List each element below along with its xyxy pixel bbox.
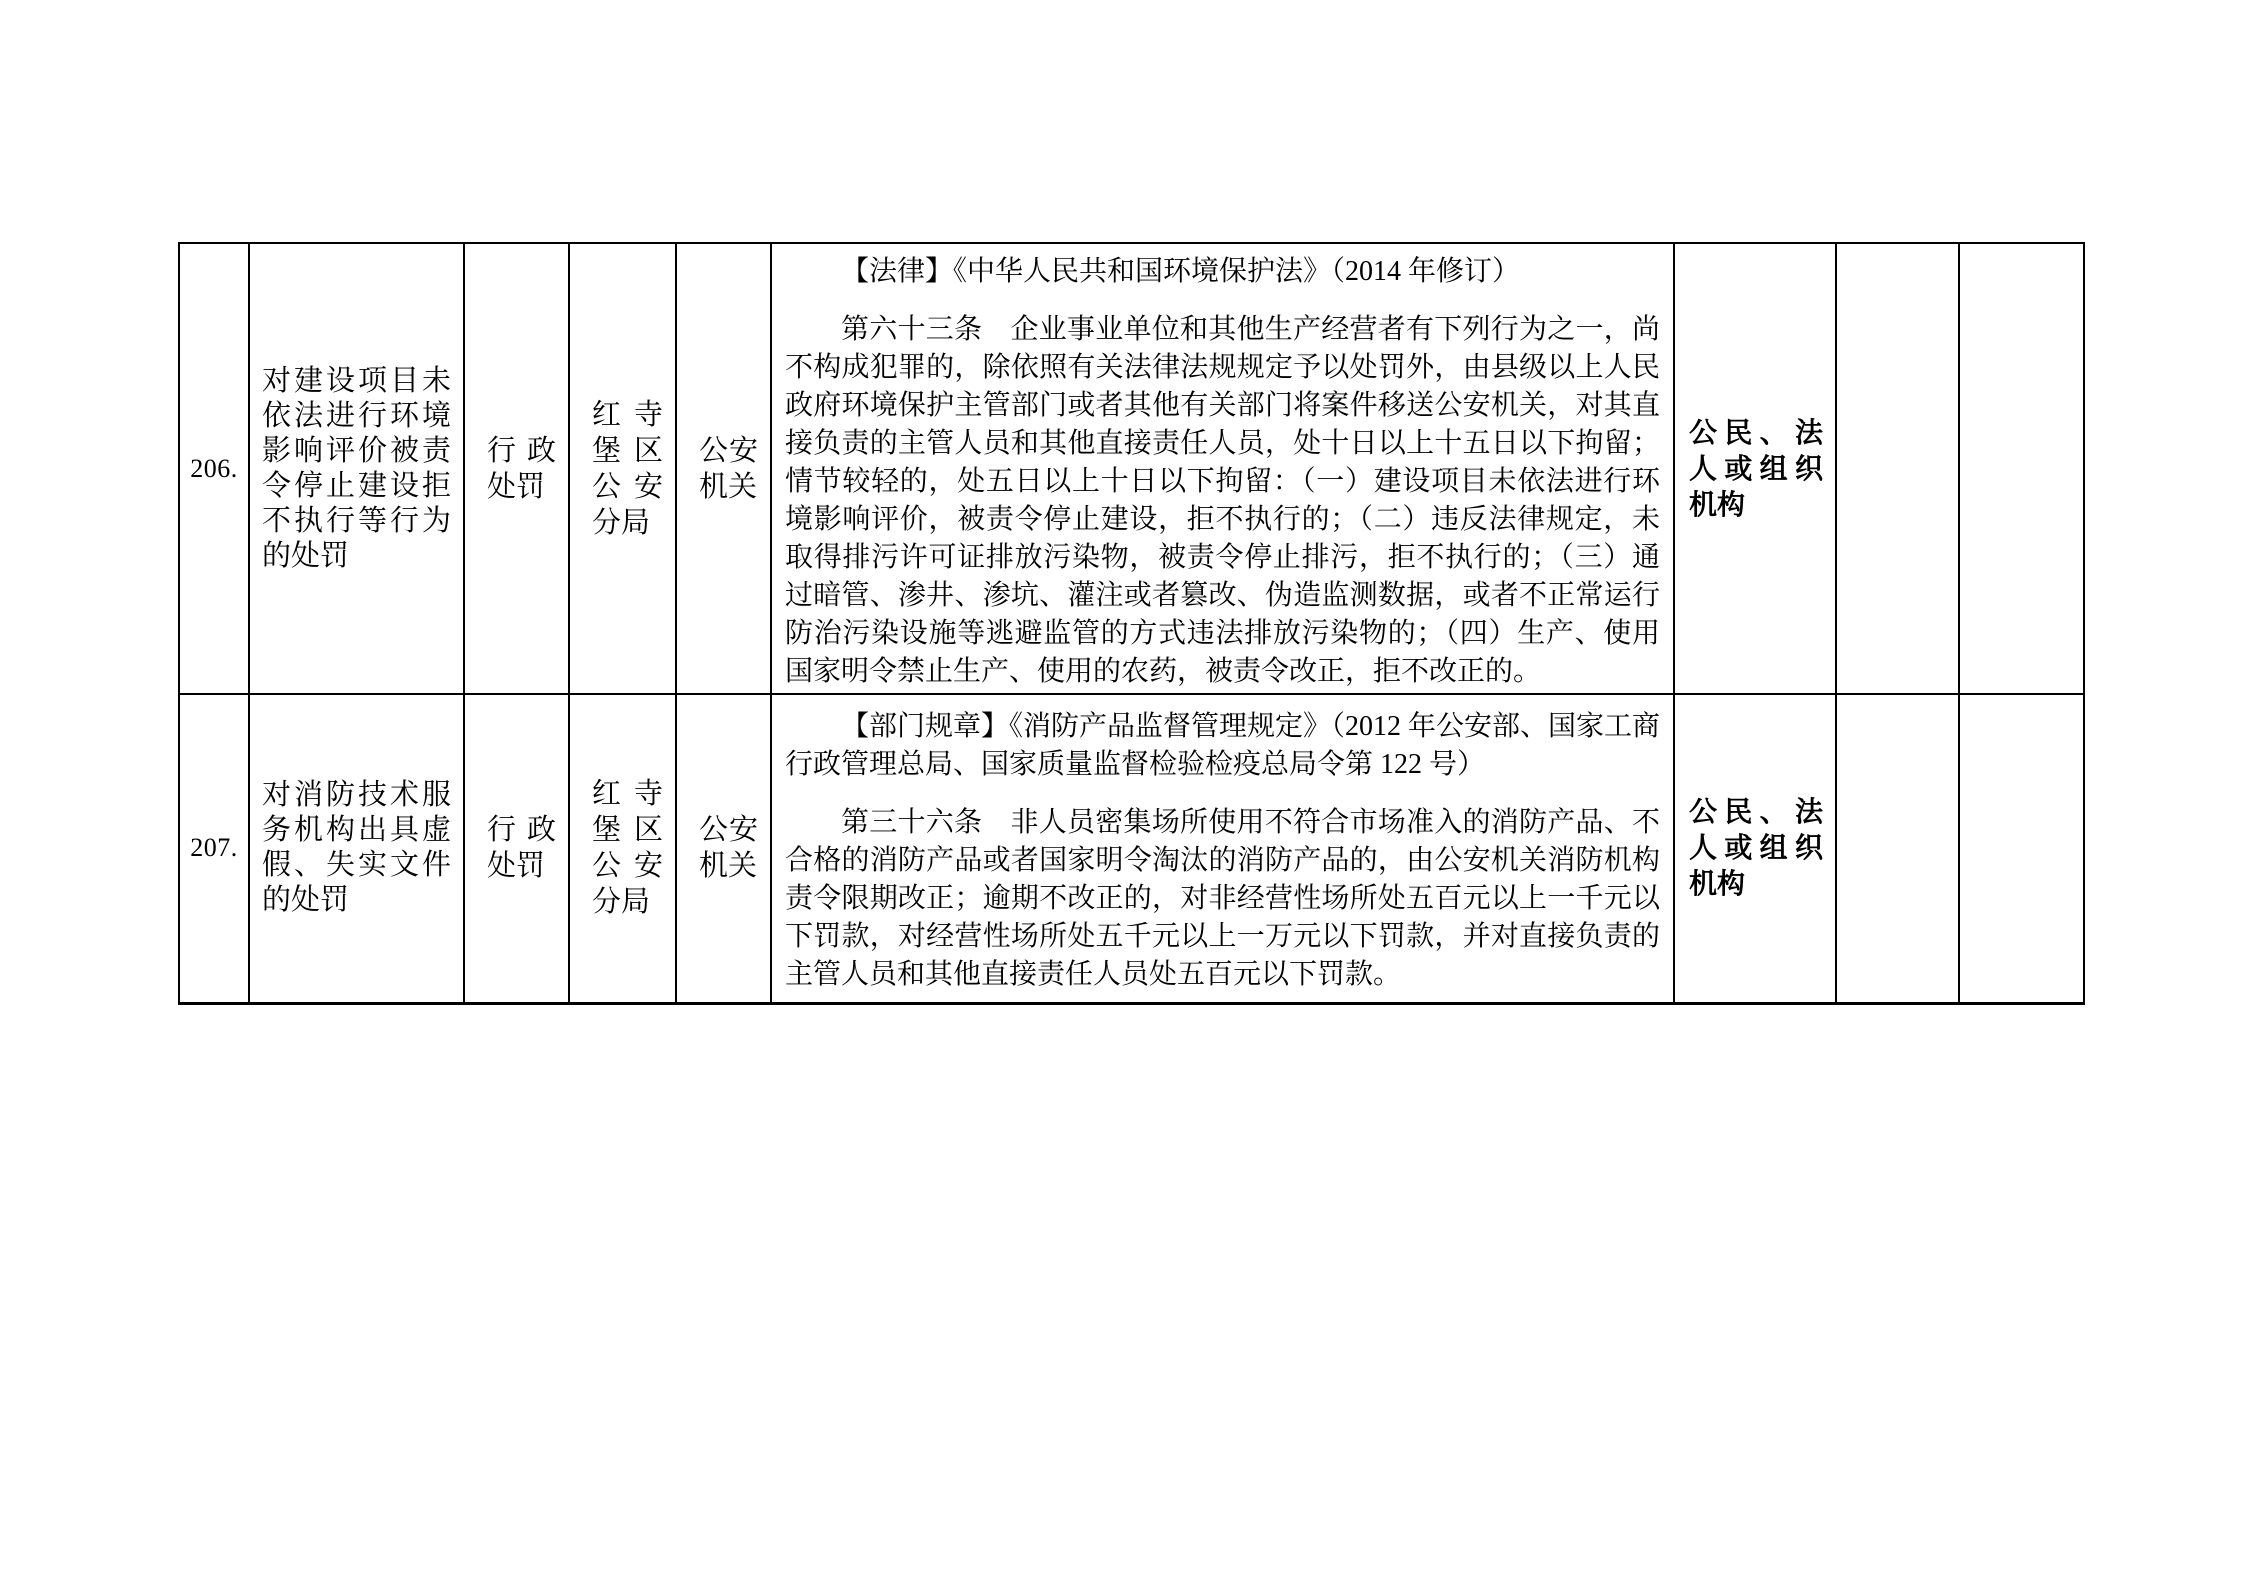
table-row: 206. 对建设项目未依法进行环境影响评价被责令停止建设拒不执行等行为的处罚 行… — [179, 243, 2084, 694]
implementing-agency-cell: 红寺堡区公安分局 — [569, 694, 676, 1003]
penalty-type-cell: 行政处罚 — [464, 694, 569, 1003]
legal-basis-cell: 【部门规章】《消防产品监督管理规定》（2012 年公安部、国家工商行政管理总局、… — [771, 694, 1674, 1003]
legal-basis-body: 第六十三条 企业事业单位和其他生产经营者有下列行为之一，尚不构成犯罪的，除依照有… — [785, 311, 1660, 691]
legal-basis-body: 第三十六条 非人员密集场所使用不符合市场准入的消防产品、不合格的消防产品或者国家… — [785, 804, 1660, 994]
penalty-table-container: 206. 对建设项目未依法进行环境影响评价被责令停止建设拒不执行等行为的处罚 行… — [178, 242, 2085, 1005]
legal-basis-cell: 【法律】《中华人民共和国环境保护法》（2014 年修订） 第六十三条 企业事业单… — [771, 243, 1674, 694]
empty-cell — [1959, 694, 2084, 1003]
penalty-item-cell: 对消防技术服务机构出具虚假、失实文件的处罚 — [249, 694, 464, 1003]
agency-category: 公安机关 — [699, 814, 758, 882]
legal-basis-title: 【法律】《中华人民共和国环境保护法》（2014 年修订） — [785, 253, 1660, 291]
agency-category: 公安机关 — [699, 435, 758, 503]
penalty-item-name: 对建设项目未依法进行环境影响评价被责令停止建设拒不执行等行为的处罚 — [262, 365, 451, 572]
table-row: 207. 对消防技术服务机构出具虚假、失实文件的处罚 行政处罚 红寺堡区公安分局… — [179, 694, 2084, 1003]
penalty-type: 行政处罚 — [487, 435, 556, 503]
row-number-cell: 206. — [179, 243, 249, 694]
penalty-target-cell: 公民、法人或组织机构 — [1674, 694, 1836, 1003]
row-number-cell: 207. — [179, 694, 249, 1003]
implementing-agency: 红寺堡区公安分局 — [592, 399, 663, 539]
penalty-table: 206. 对建设项目未依法进行环境影响评价被责令停止建设拒不执行等行为的处罚 行… — [178, 242, 2085, 1005]
implementing-agency: 红寺堡区公安分局 — [592, 778, 663, 918]
agency-category-cell: 公安机关 — [676, 694, 771, 1003]
empty-cell — [1836, 243, 1959, 694]
legal-basis-title: 【部门规章】《消防产品监督管理规定》（2012 年公安部、国家工商行政管理总局、… — [785, 708, 1660, 784]
row-number: 206. — [190, 454, 238, 483]
implementing-agency-cell: 红寺堡区公安分局 — [569, 243, 676, 694]
row-number: 207. — [190, 833, 238, 862]
penalty-target: 公民、法人或组织机构 — [1689, 417, 1823, 520]
empty-cell — [1959, 243, 2084, 694]
empty-cell — [1836, 694, 1959, 1003]
penalty-target-cell: 公民、法人或组织机构 — [1674, 243, 1836, 694]
penalty-item-name: 对消防技术服务机构出具虚假、失实文件的处罚 — [262, 779, 451, 916]
penalty-type-cell: 行政处罚 — [464, 243, 569, 694]
agency-category-cell: 公安机关 — [676, 243, 771, 694]
penalty-type: 行政处罚 — [487, 814, 556, 882]
penalty-item-cell: 对建设项目未依法进行环境影响评价被责令停止建设拒不执行等行为的处罚 — [249, 243, 464, 694]
penalty-target: 公民、法人或组织机构 — [1689, 796, 1823, 899]
